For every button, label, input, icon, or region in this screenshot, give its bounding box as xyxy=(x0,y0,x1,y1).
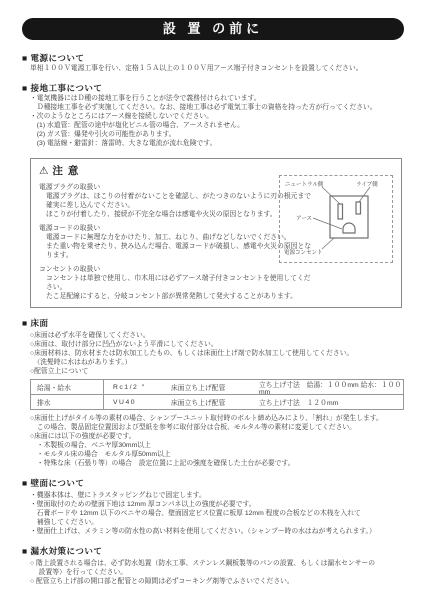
body-line: （洗髪時に水はねがあります。） xyxy=(30,358,412,367)
caution-title-text: 注 意 xyxy=(52,165,79,177)
body-line: たこ足配線にすると、分岐コンセント部が異常発熱して発火することがあります。 xyxy=(46,292,284,301)
body-line: ○ 配管立ち上げ部の開口部と配管との隙間は必ずコーキング剤等でふさいでください。 xyxy=(30,577,412,586)
label-earth: アース xyxy=(296,214,312,222)
section-wall: ■ 壁面について ・機器本体は、壁にトラスタッピングねじで固定します。 ・壁面取… xyxy=(22,477,412,536)
body-line: ・壁面仕上げは、メラミン等の防水性の高い材料を使用してください。（シャンプー時の… xyxy=(30,527,412,536)
caution-group-title: コンセントの取扱い xyxy=(39,265,395,274)
piping-table: 給湯・給水 Rc1/2 ″ 床面立ち上げ配管 立ち上げ寸法 給湯：１００mm 給… xyxy=(30,379,404,410)
cell-label: 排水 xyxy=(31,395,104,409)
cell-spec: VU40 xyxy=(104,399,171,406)
body-line: コンセントは単独で使用し、巾木用には必ずアース端子付きコンセントを使用してくだ xyxy=(46,274,284,283)
section-heading: ■ 壁面について xyxy=(22,477,412,489)
caution-box: ⚠注 意 電源プラグの取扱い 電源プラグは、ほこりの付着がないことを確認し、がた… xyxy=(30,158,402,308)
body-line: 電源プラグは、ほこりの付着がないことを確認し、がたつきのないように刃の根元まで xyxy=(46,192,284,201)
section-power: ■ 電源について 単相１００Ｖ電源工事を行い、定格１５Ａ以上の１００Ｖ用アース端… xyxy=(22,52,412,73)
cell-pipe: 床面立ち上げ配管 xyxy=(171,382,259,392)
manual-page: 設 置 の前に ■ 電源について 単相１００Ｖ電源工事を行い、定格１５Ａ以上の１… xyxy=(0,0,424,600)
label-power-outlet: 電源コンセント xyxy=(284,248,323,256)
body-line: また重い物を乗せたり、挟み込んだ場合、電源コードが破損し、感電や火災の原因とな xyxy=(46,242,284,251)
cell-dimension: 立ち上げ寸法 １２０mm xyxy=(259,397,403,407)
cell-pipe: 床面立ち上げ配管 xyxy=(171,397,259,407)
body-line: Ｄ種接地工事を必ず実施してください。なお、接地工事は必ず電気工事士の資格を持った… xyxy=(30,103,412,112)
body-line: ります。 xyxy=(46,251,284,260)
page-title: 設 置 の前に xyxy=(22,18,404,40)
label-live-side: ライブ側 xyxy=(356,180,378,188)
body-line: (2) ガス管：爆発や引火の可能性があります。 xyxy=(30,130,412,139)
section-heading: ■ 漏水対策について xyxy=(22,545,412,557)
section-heading: ■ 電源について xyxy=(22,52,412,64)
body-line: 確実に差し込んでください。 xyxy=(46,201,284,210)
section-grounding: ■ 接地工事について ・電気機器にはＤ種の接地工事を行うことが法令で義務付けられ… xyxy=(22,82,412,148)
table-row: 給湯・給水 Rc1/2 ″ 床面立ち上げ配管 立ち上げ寸法 給湯：１００mm 給… xyxy=(31,380,403,394)
body-line: ほこりが付着したり、接続が不完全な場合は感電や火災の原因となります。 xyxy=(46,210,284,219)
warning-icon: ⚠ xyxy=(39,165,49,177)
body-line: ○床面は必ず水平を確保してください。 xyxy=(30,331,412,340)
body-line: ・木製板の場合、ベニヤ厚30mm以上 xyxy=(30,441,412,450)
section-leak: ■ 漏水対策について ○ 階上設置される場合は、必ず防水処置（防水工事、ステンレ… xyxy=(22,545,412,586)
body-line: 設置等）を行ってください。 xyxy=(30,568,412,577)
body-line: さい。 xyxy=(46,283,284,292)
body-line: 電源コードに無理な力をかけたり、加工、ねじり、曲げなどしないでください。 xyxy=(46,233,284,242)
body-line: ・機器本体は、壁にトラスタッピングねじで固定します。 xyxy=(30,491,412,500)
caution-group-outlet: コンセントの取扱い コンセントは単独で使用し、巾木用には必ずアース端子付きコンセ… xyxy=(39,265,395,301)
body-line: 補強してください。 xyxy=(30,518,412,527)
section-heading: ■ 床面 xyxy=(22,317,412,329)
body-line: ・壁面取付のための壁面下地は 12mm 厚コンパネ以上の強度が必要です。 xyxy=(30,500,412,509)
body-line: ○床面には以下の強度が必要です。 xyxy=(30,432,412,441)
body-line: ○配管立上について xyxy=(30,367,412,376)
body-line: ○床面材料は、防水材または防水加工したもの、もしくは床面仕上げ剤で防水加工して使… xyxy=(30,349,412,358)
body-line: (1) 水道管：配管の途中が塩化ビニル管の場合、アースされません。 xyxy=(30,121,412,130)
cell-spec: Rc1/2 ″ xyxy=(104,384,171,391)
label-neutral-side: ニュートラル側 xyxy=(285,180,323,188)
body-line: ・電気機器にはＤ種の接地工事を行うことが法令で義務付けられています。 xyxy=(30,94,412,103)
body-line: 石膏ボードや 12mm 以下のベニヤの場合、壁面固定ビス位置に板厚 12mm 程… xyxy=(30,509,412,518)
body-line: (3) 電話線・避雷針：落雷時、大きな電流が流れ危険です。 xyxy=(30,139,412,148)
body-line: ○ 階上設置される場合は、必ず防水処置（防水工事、ステンレス鋼板製等のパンの設置… xyxy=(30,559,412,568)
section-floor: ■ 床面 ○床面は必ず水平を確保してください。 ○床面は、取付け部分に凹凸がない… xyxy=(22,317,412,468)
body-line: ○床面は、取付け部分に凹凸がないよう平滑にしてください。 xyxy=(30,340,412,349)
body-line: ○床面仕上げがタイル等の素材の場合、シャンプーユニット取付時のボルト締め込みによ… xyxy=(30,414,412,423)
table-row: 排水 VU40 床面立ち上げ配管 立ち上げ寸法 １２０mm xyxy=(31,394,403,409)
body-line: ・特殊な床（石張り等）の場合 設定位置に上記の強度を確保した土台が必要です。 xyxy=(30,459,412,468)
cell-label: 給湯・給水 xyxy=(31,380,104,394)
body-line: ・次のようなところにはアース線を接続しないでください。 xyxy=(30,112,412,121)
body-line: この場合、製品固定位置図および型紙を参考に取付部分は合板、モルタル等の素材に変更… xyxy=(30,423,412,432)
cell-dimension: 立ち上げ寸法 給湯：１００mm 給水：１００mm xyxy=(259,379,403,396)
body-line: ・モルタル床の場合 モルタル厚50mm以上 xyxy=(30,450,412,459)
outlet-diagram: ニュートラル側 ライブ側 アース 電源コンセント xyxy=(279,175,393,263)
body-line: 単相１００Ｖ電源工事を行い、定格１５Ａ以上の１００Ｖ用アース端子付きコンセントを… xyxy=(30,64,412,73)
section-heading: ■ 接地工事について xyxy=(22,82,412,94)
